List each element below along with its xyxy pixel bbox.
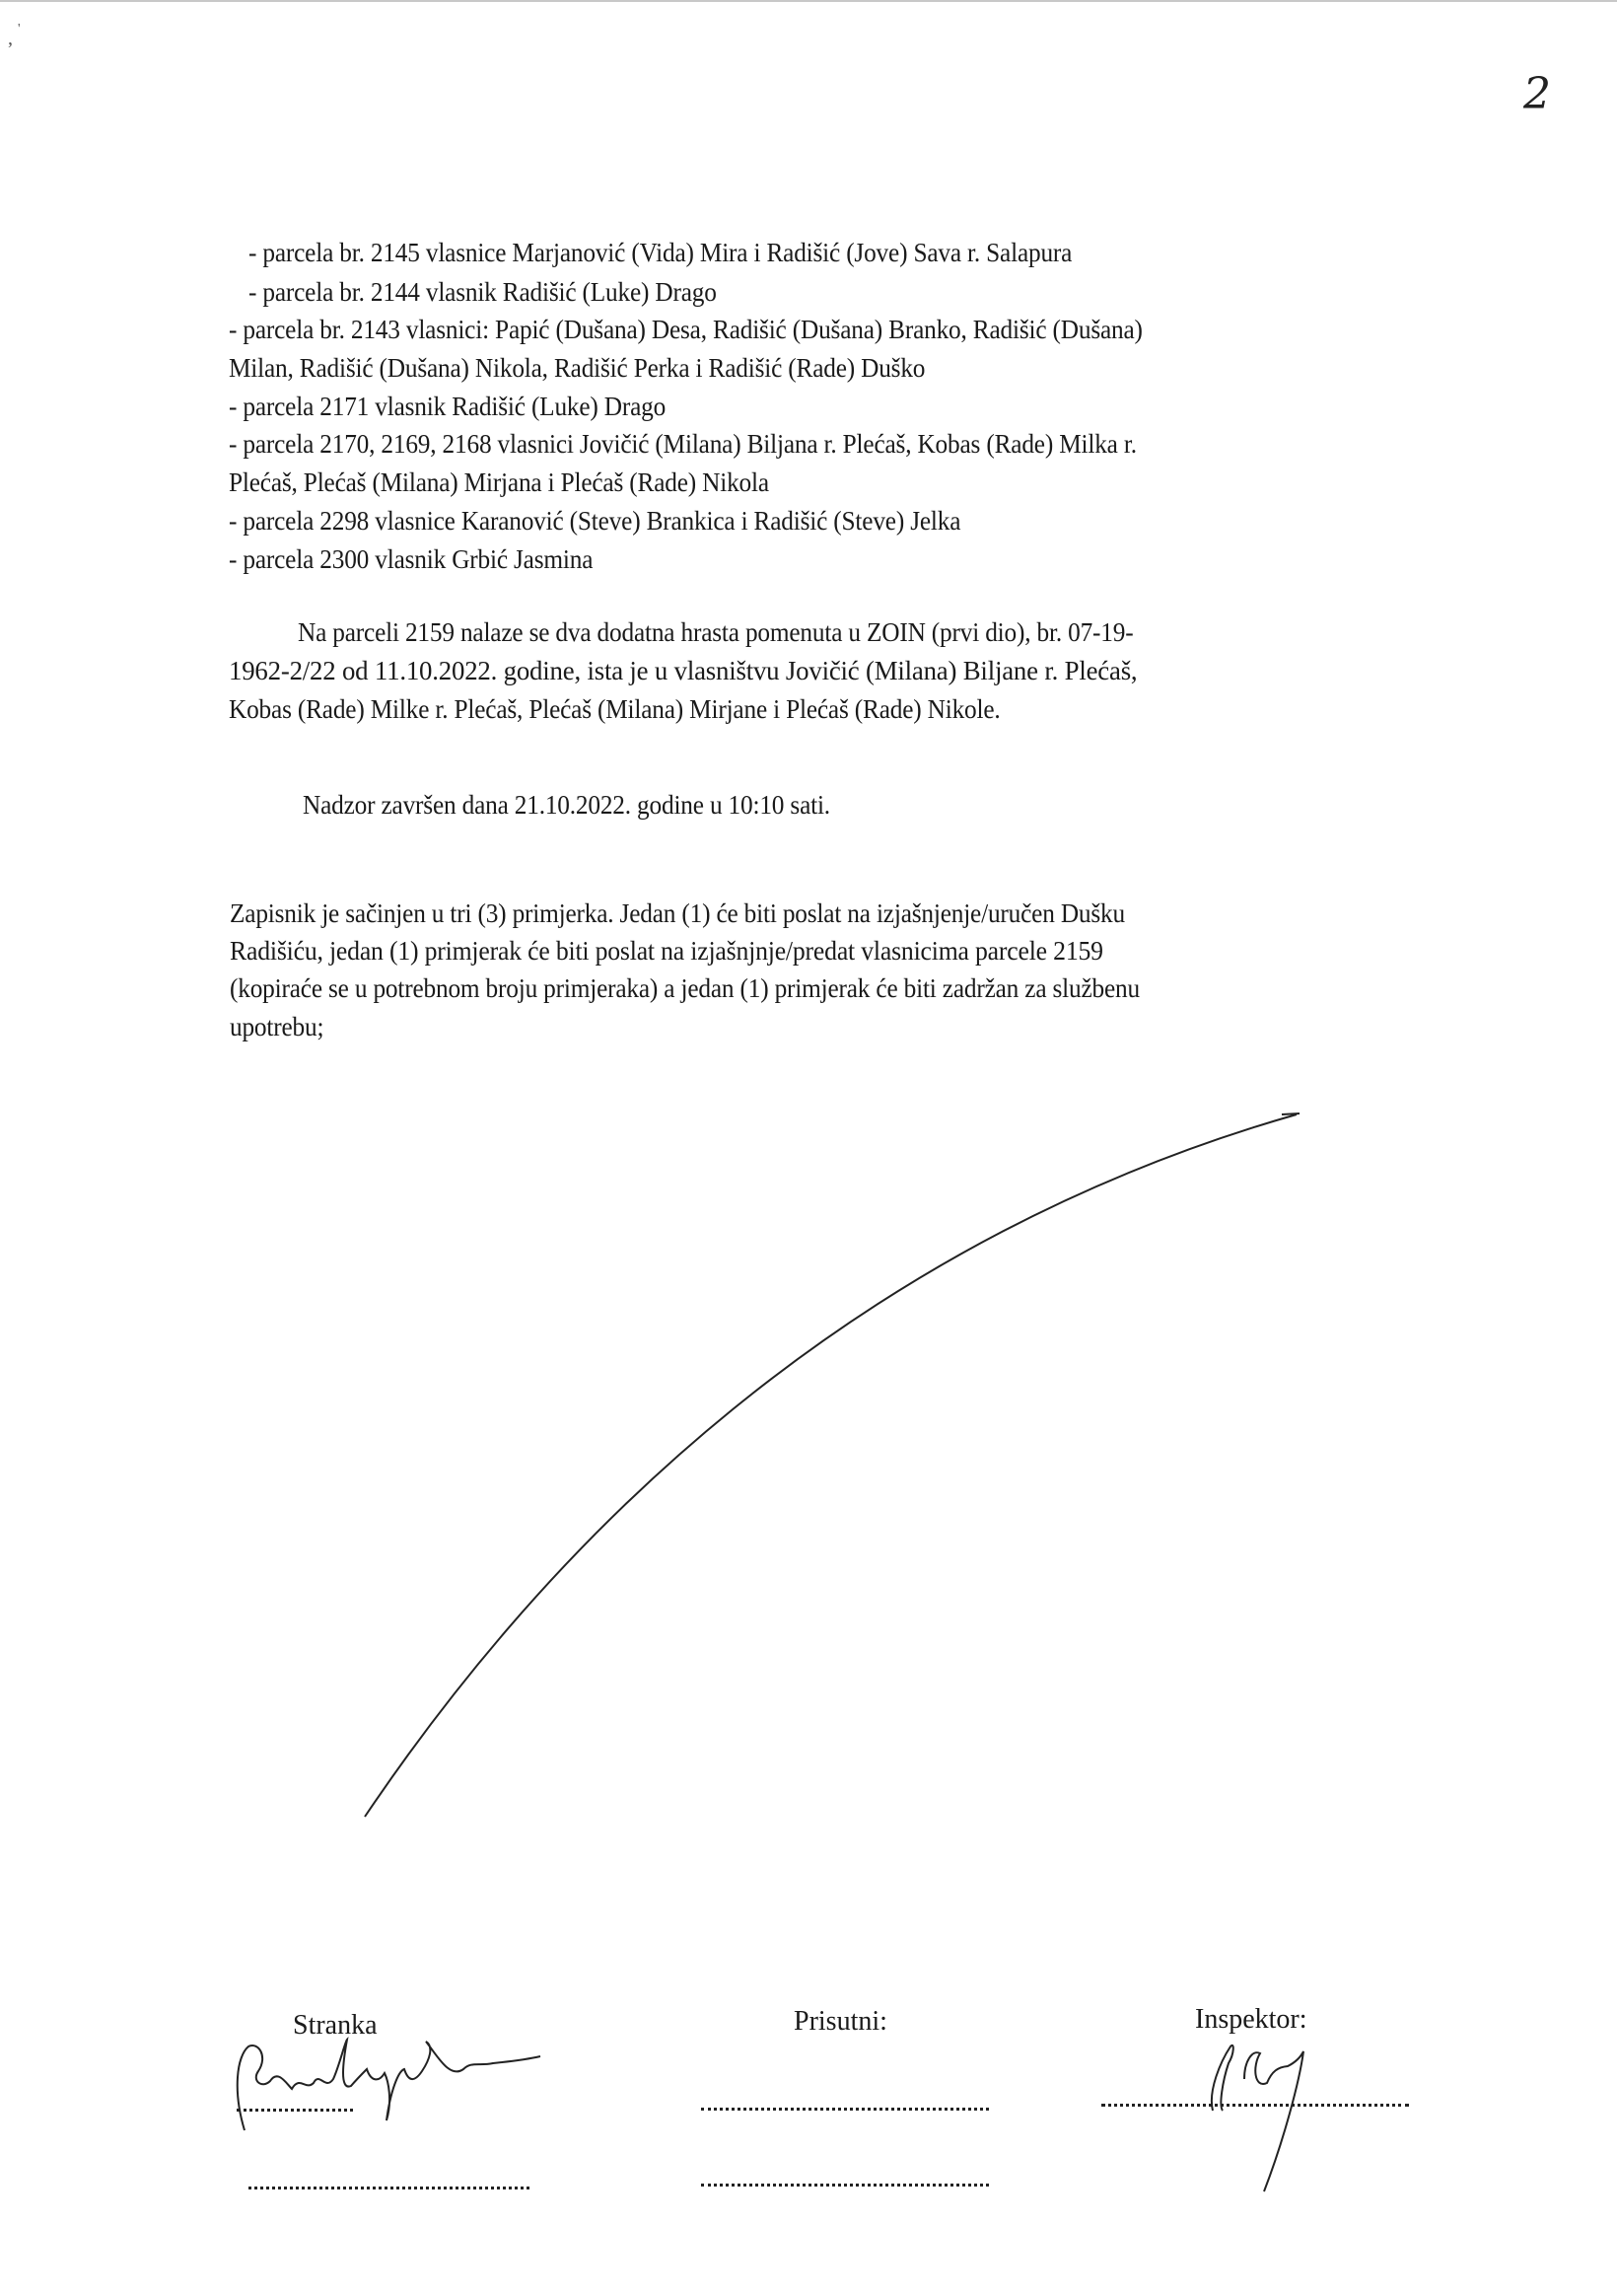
inspector-signature [0, 0, 1617, 2296]
